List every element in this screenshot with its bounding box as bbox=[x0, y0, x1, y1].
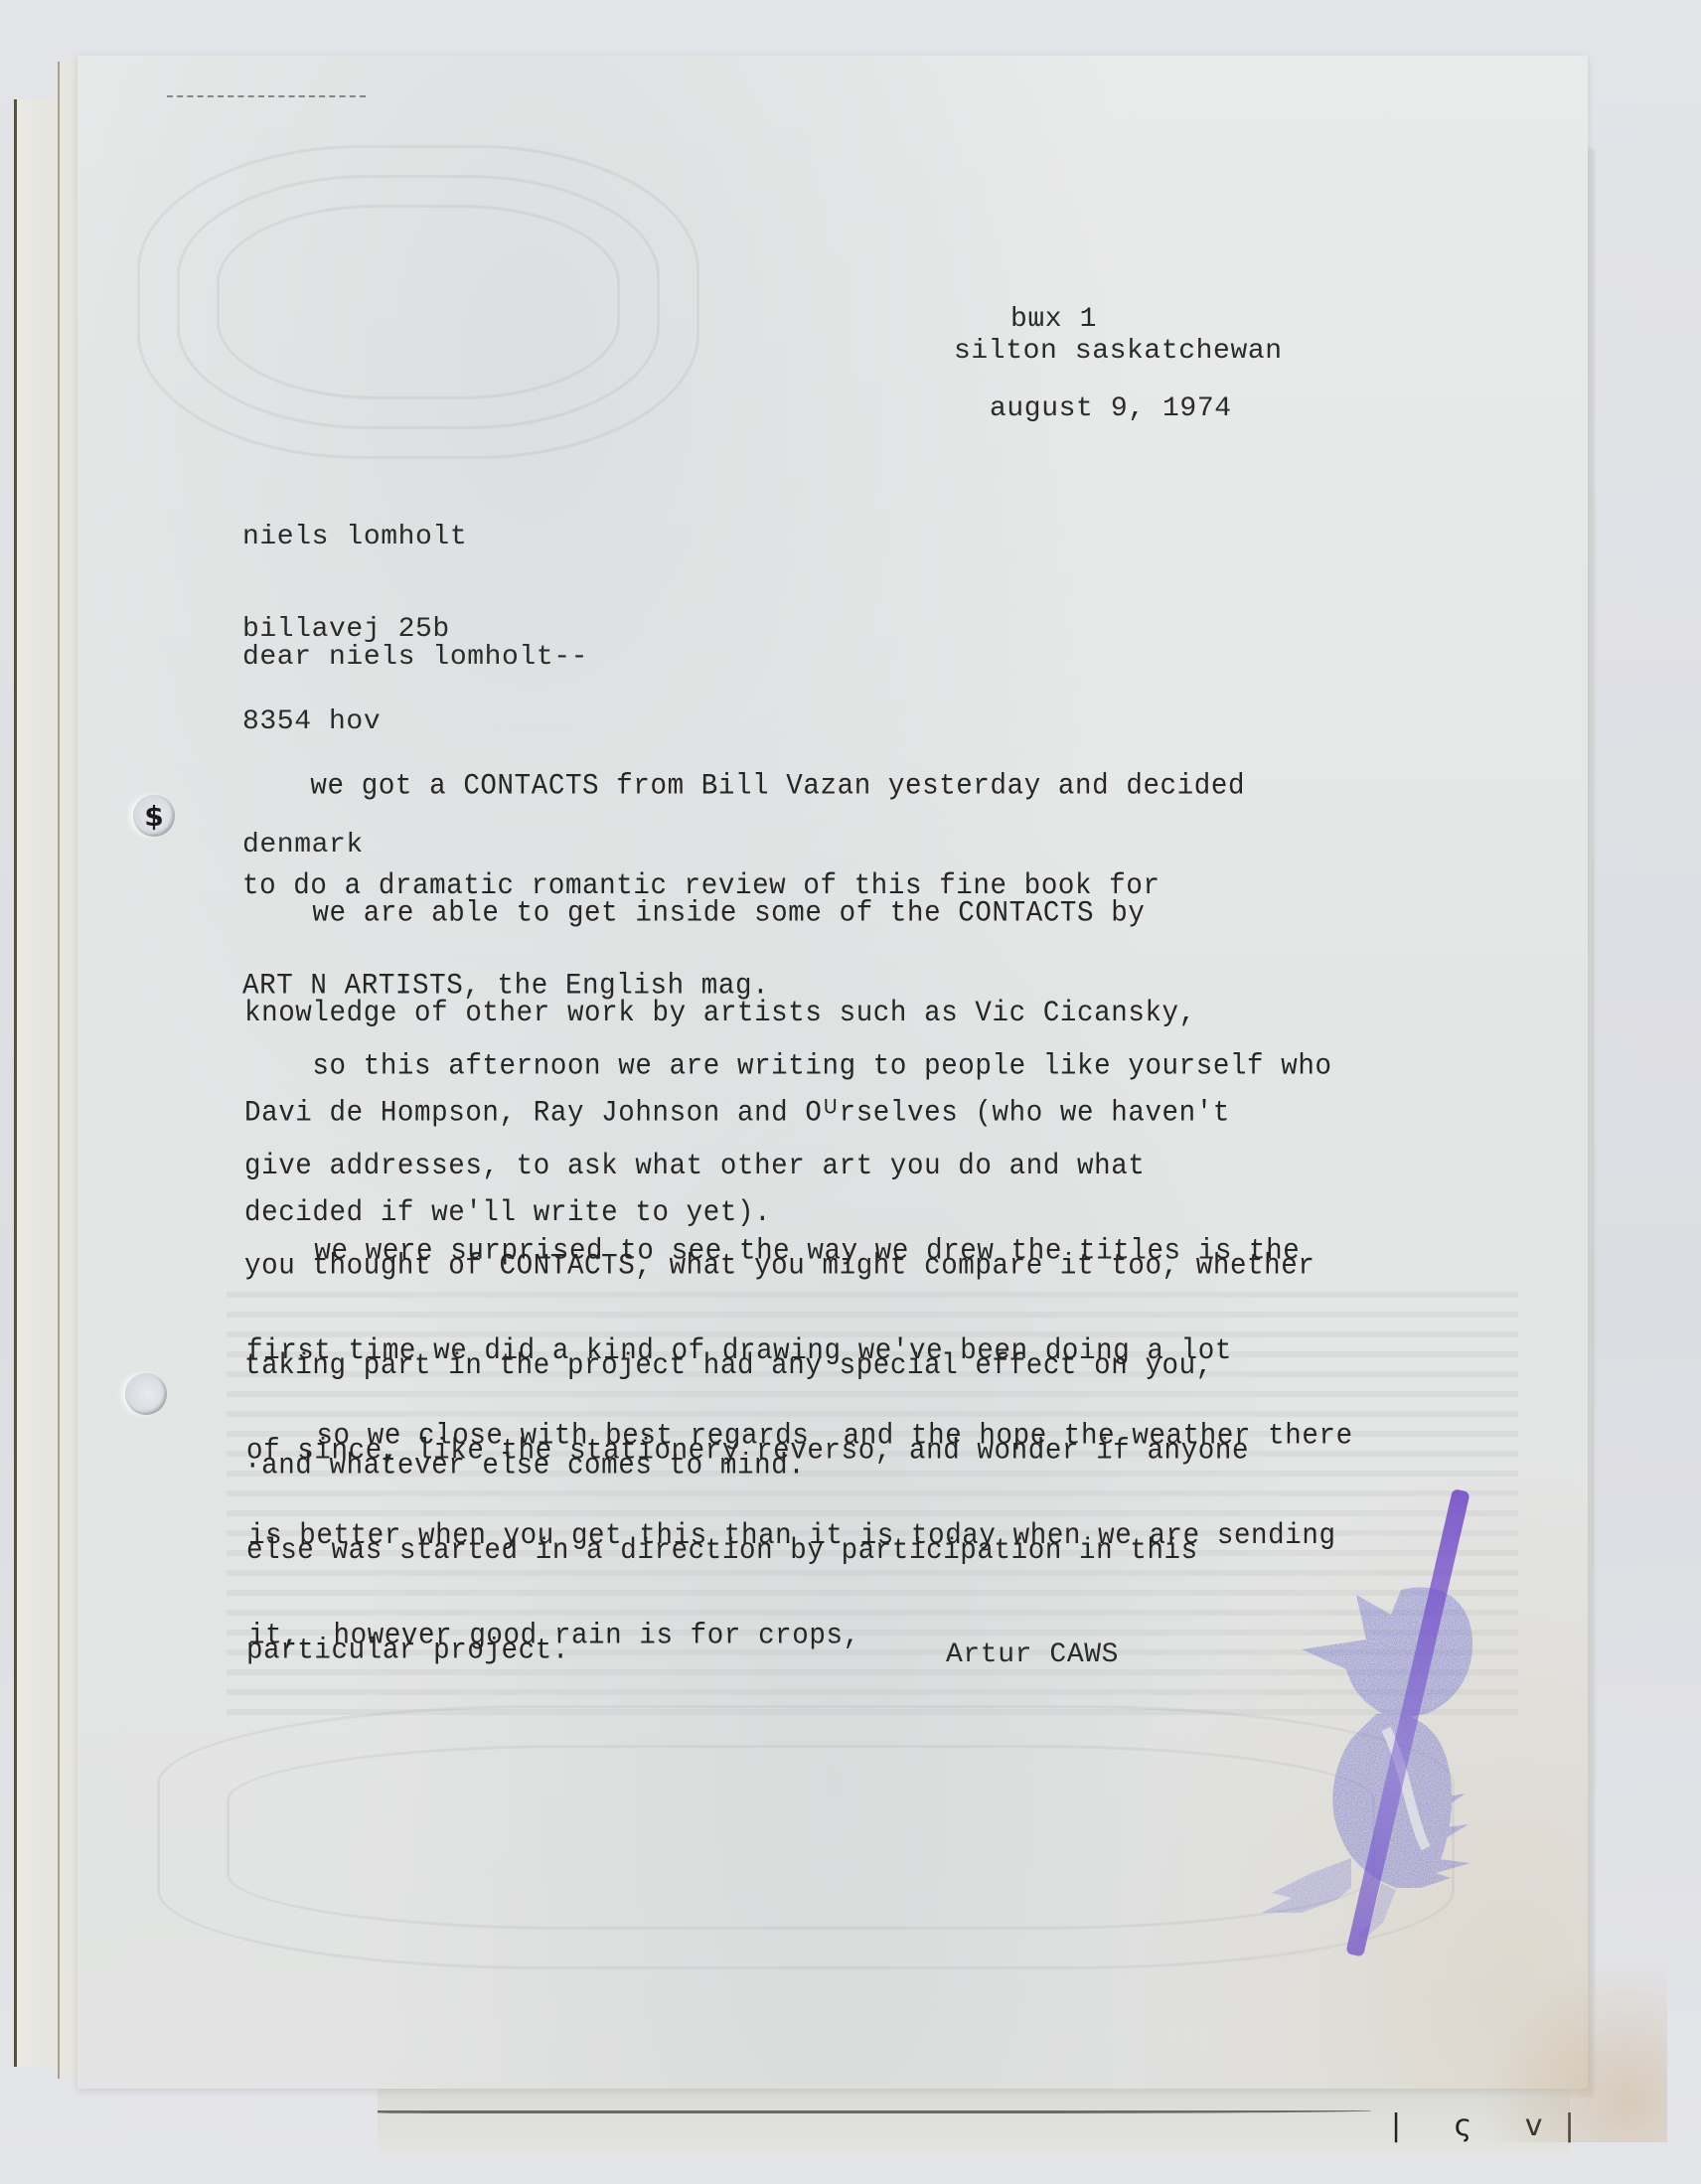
hole-punch: $ bbox=[133, 795, 175, 837]
paper-stain bbox=[1469, 1944, 1667, 2142]
letter-date: august 9, 1974 bbox=[990, 393, 1232, 424]
sender-address-line-1: bɯx 1 bbox=[1010, 304, 1097, 335]
paragraph-line: so this afternoon we are writing to peop… bbox=[244, 1050, 1332, 1083]
paragraph-line: so we close with best regards and the ho… bbox=[248, 1420, 1353, 1453]
hole-punch bbox=[125, 1373, 167, 1415]
paragraph-line: we were surprised to see the way we drew… bbox=[246, 1235, 1300, 1268]
recipient-name: niels lomholt bbox=[242, 522, 467, 552]
salutation: dear niels lomholt-- bbox=[242, 642, 588, 673]
torn-edge-marks bbox=[167, 76, 366, 97]
dollar-sign-icon: $ bbox=[144, 800, 163, 833]
paragraph-line: we got a CONTACTS from Bill Vazan yester… bbox=[242, 770, 1245, 803]
show-through-drawing bbox=[217, 205, 620, 399]
underlying-ink-line bbox=[378, 2106, 1371, 2113]
paragraph-line: we are able to get inside some of the CO… bbox=[244, 897, 1230, 930]
sender-address-line-2: silton saskatchewan bbox=[954, 336, 1283, 367]
signature: Artur CAWS bbox=[946, 1639, 1119, 1670]
crow-stamp-icon bbox=[1153, 1530, 1510, 1967]
recipient-street: billavej 25b bbox=[242, 614, 467, 645]
